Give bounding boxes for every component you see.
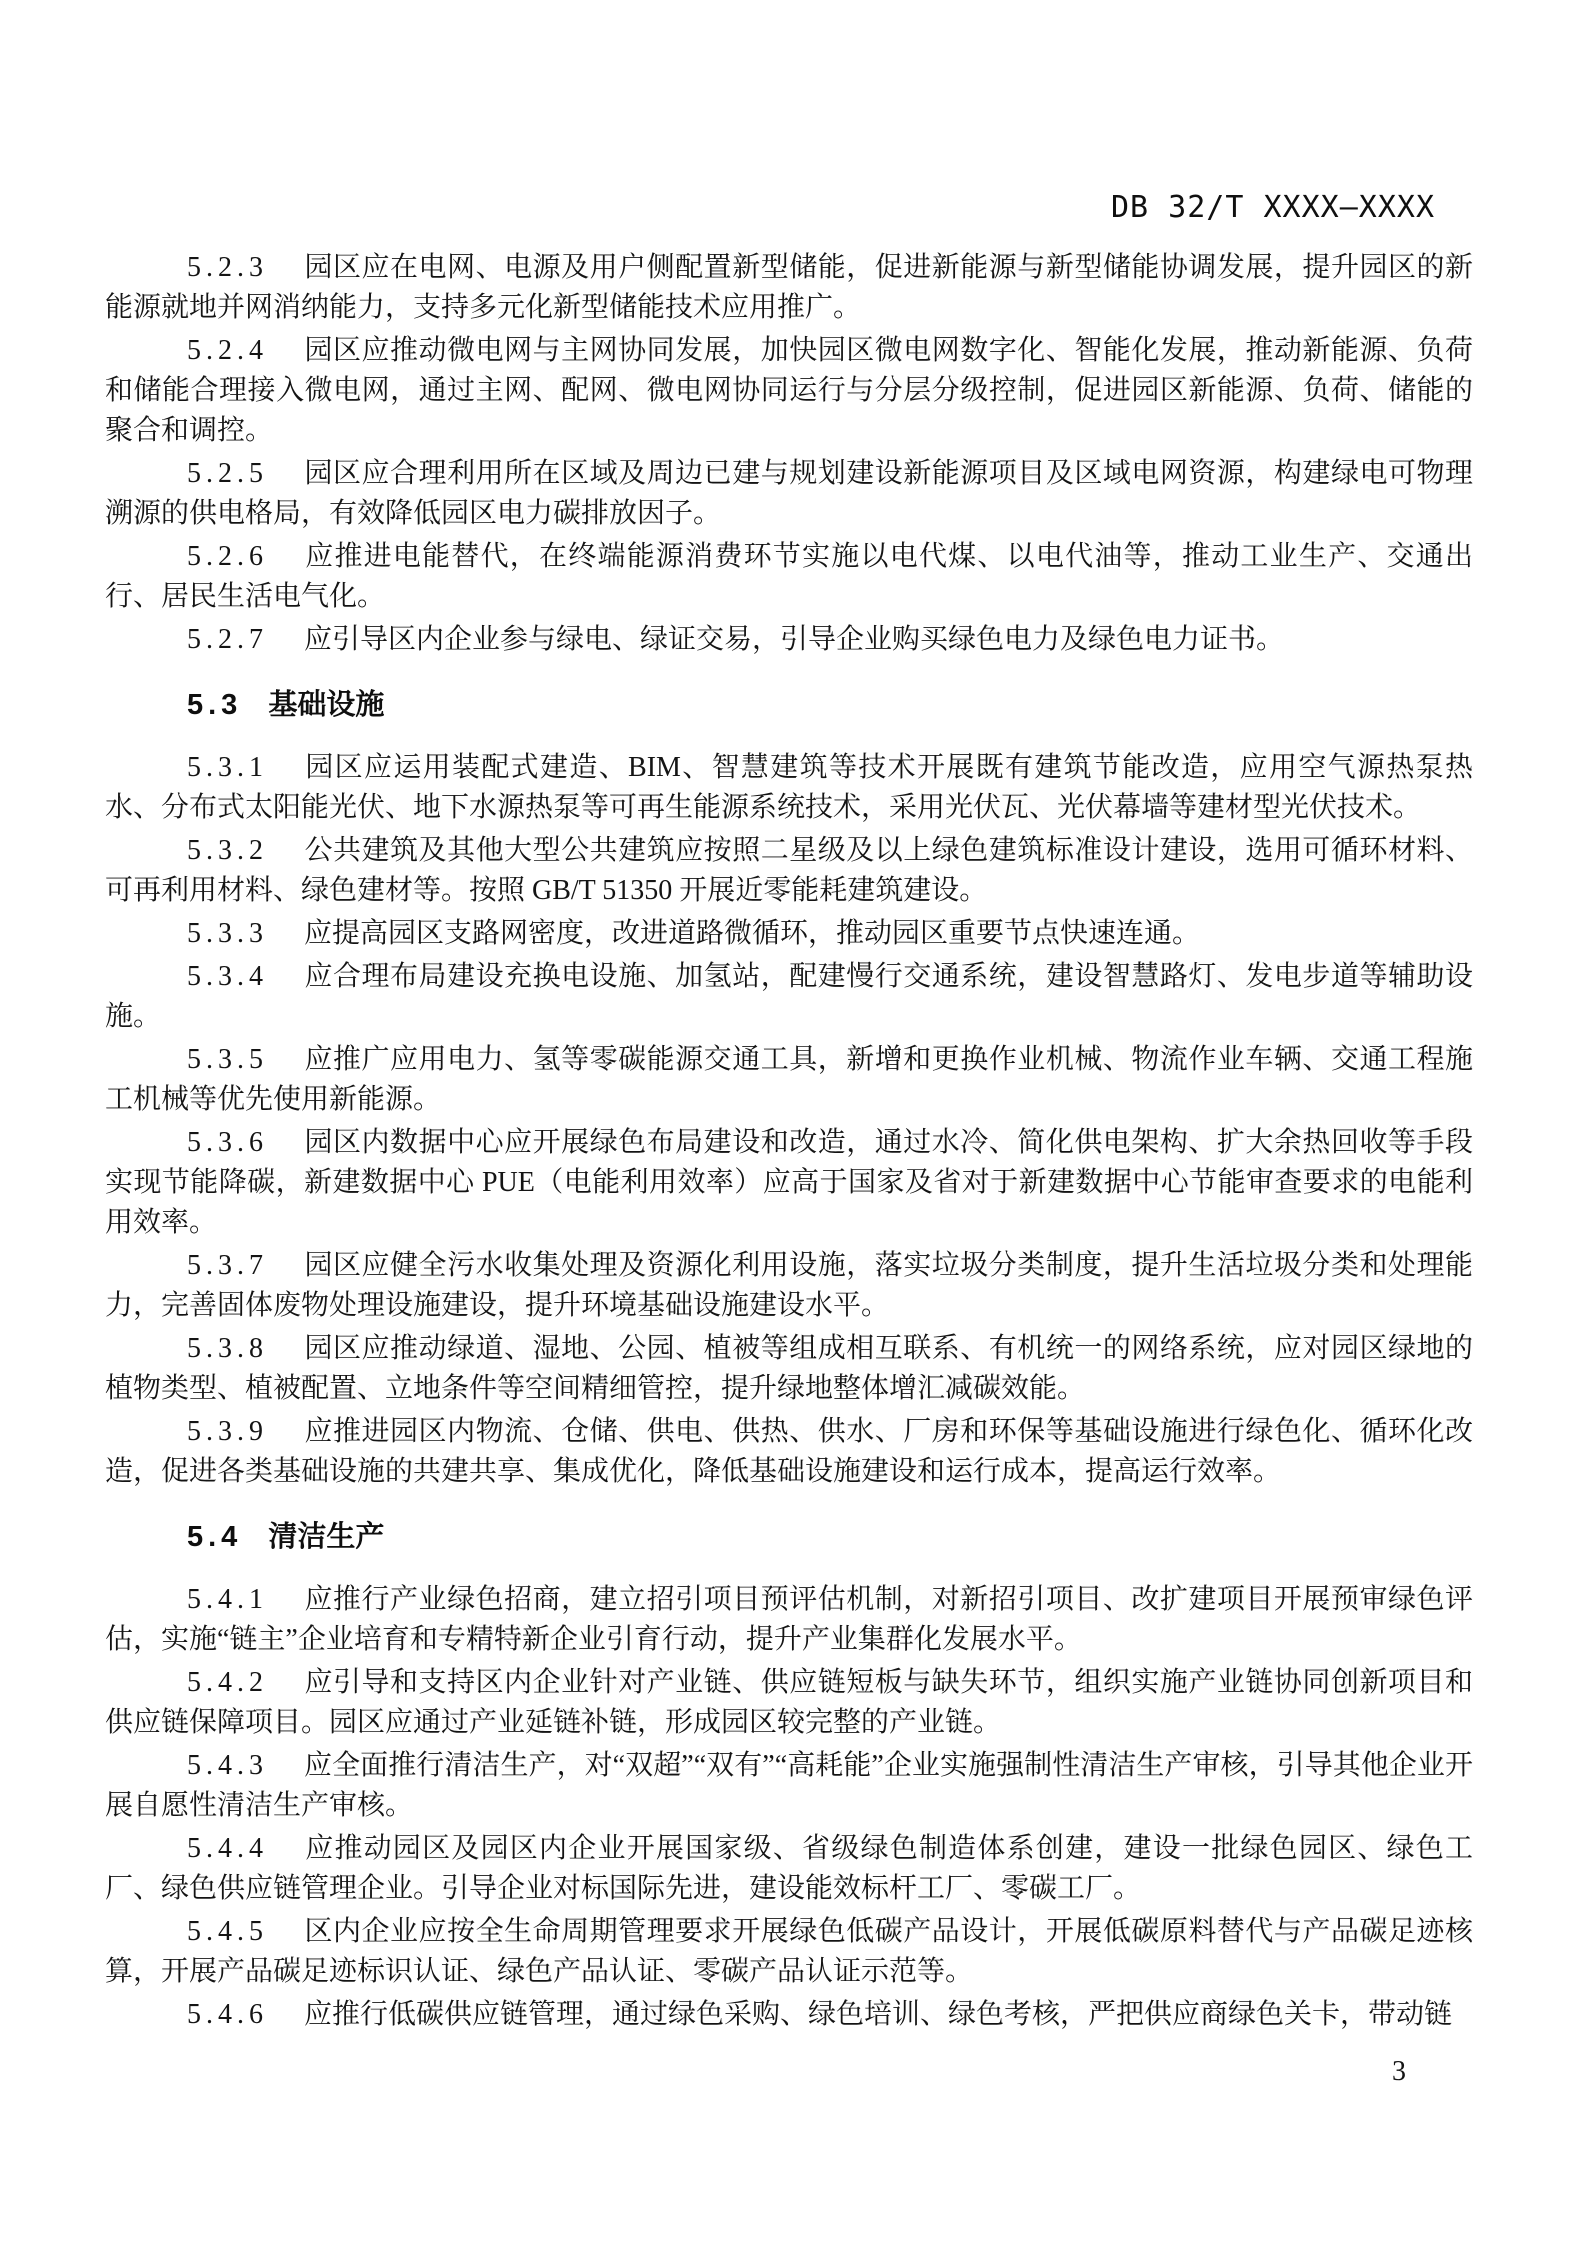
clause-5-4-1: 5.4.1应推行产业绿色招商，建立招引项目预评估机制，对新招引项目、改扩建项目开…: [105, 1580, 1473, 1660]
clause-number: 5.3.7: [187, 1250, 268, 1281]
clause-5-3-1: 5.3.1园区应运用装配式建造、BIM、智慧建筑等技术开展既有建筑节能改造，应用…: [105, 748, 1473, 828]
clause-number: 5.3.6: [187, 1127, 268, 1158]
clause-number: 5.3.5: [187, 1044, 268, 1075]
clause-number: 5.3.4: [187, 961, 268, 992]
clause-number: 5.2.4: [187, 335, 268, 366]
clause-text: 园区应合理利用所在区域及周边已建与规划建设新能源项目及区域电网资源，构建绿电可物…: [105, 458, 1473, 529]
clause-number: 5.4.6: [187, 1999, 268, 2030]
clause-text: 园区应推动微电网与主网协同发展，加快园区微电网数字化、智能化发展，推动新能源、负…: [105, 335, 1473, 446]
clause-number: 5.4.4: [187, 1833, 268, 1864]
section-heading-5-3: 5.3基础设施: [105, 684, 1473, 726]
clause-text: 应推进电能替代，在终端能源消费环节实施以电代煤、以电代油等，推动工业生产、交通出…: [105, 541, 1473, 612]
clause-number: 5.2.3: [187, 252, 268, 283]
clause-5-4-3: 5.4.3应全面推行清洁生产，对“双超”“双有”“高耗能”企业实施强制性清洁生产…: [105, 1746, 1473, 1826]
section-heading-5-4: 5.4清洁生产: [105, 1516, 1473, 1558]
section-title: 清洁生产: [268, 1521, 384, 1553]
clause-5-2-6: 5.2.6应推进电能替代，在终端能源消费环节实施以电代煤、以电代油等，推动工业生…: [105, 537, 1473, 617]
clause-5-4-6: 5.4.6应推行低碳供应链管理，通过绿色采购、绿色培训、绿色考核，严把供应商绿色…: [105, 1995, 1473, 2035]
clause-text: 应引导和支持区内企业针对产业链、供应链短板与缺失环节，组织实施产业链协同创新项目…: [105, 1667, 1473, 1738]
clause-text: 应推行低碳供应链管理，通过绿色采购、绿色培训、绿色考核，严把供应商绿色关卡，带动…: [304, 1999, 1452, 2030]
clause-number: 5.4.2: [187, 1667, 268, 1698]
clause-number: 5.4.3: [187, 1750, 268, 1781]
clause-5-3-5: 5.3.5应推广应用电力、氢等零碳能源交通工具，新增和更换作业机械、物流作业车辆…: [105, 1040, 1473, 1120]
clause-text: 应推进园区内物流、仓储、供电、供热、供水、厂房和环保等基础设施进行绿色化、循环化…: [105, 1416, 1473, 1487]
clause-5-3-7: 5.3.7园区应健全污水收集处理及资源化利用设施，落实垃圾分类制度，提升生活垃圾…: [105, 1246, 1473, 1326]
clause-number: 5.2.5: [187, 458, 268, 489]
section-title: 基础设施: [268, 689, 384, 721]
document-page: DB 32/T XXXX—XXXX 5.2.3园区应在电网、电源及用户侧配置新型…: [0, 0, 1587, 2245]
clause-text: 园区应在电网、电源及用户侧配置新型储能，促进新能源与新型储能协调发展，提升园区的…: [105, 252, 1473, 323]
clause-5-3-4: 5.3.4应合理布局建设充换电设施、加氢站，配建慢行交通系统，建设智慧路灯、发电…: [105, 957, 1473, 1037]
clause-text: 应合理布局建设充换电设施、加氢站，配建慢行交通系统，建设智慧路灯、发电步道等辅助…: [105, 961, 1473, 1032]
clause-text: 应推广应用电力、氢等零碳能源交通工具，新增和更换作业机械、物流作业车辆、交通工程…: [105, 1044, 1473, 1115]
clause-text: 应推行产业绿色招商，建立招引项目预评估机制，对新招引项目、改扩建项目开展预审绿色…: [105, 1584, 1473, 1655]
clause-5-4-2: 5.4.2应引导和支持区内企业针对产业链、供应链短板与缺失环节，组织实施产业链协…: [105, 1663, 1473, 1743]
clause-number: 5.3.3: [187, 918, 268, 949]
standard-number-header: DB 32/T XXXX—XXXX: [1111, 190, 1435, 225]
clause-number: 5.3.9: [187, 1416, 268, 1447]
section-number: 5.3: [187, 689, 242, 721]
clause-text: 应全面推行清洁生产，对“双超”“双有”“高耗能”企业实施强制性清洁生产审核，引导…: [105, 1750, 1473, 1821]
document-body: 5.2.3园区应在电网、电源及用户侧配置新型储能，促进新能源与新型储能协调发展，…: [105, 248, 1473, 2038]
clause-text: 园区应健全污水收集处理及资源化利用设施，落实垃圾分类制度，提升生活垃圾分类和处理…: [105, 1250, 1473, 1321]
clause-number: 5.2.7: [187, 624, 268, 655]
clause-5-3-3: 5.3.3应提高园区支路网密度，改进道路微循环，推动园区重要节点快速连通。: [105, 914, 1473, 954]
clause-text: 园区应运用装配式建造、BIM、智慧建筑等技术开展既有建筑节能改造，应用空气源热泵…: [105, 752, 1473, 823]
clause-number: 5.4.1: [187, 1584, 268, 1615]
clause-5-3-6: 5.3.6园区内数据中心应开展绿色布局建设和改造，通过水冷、简化供电架构、扩大余…: [105, 1123, 1473, 1243]
clause-number: 5.4.5: [187, 1916, 268, 1947]
clause-text: 应提高园区支路网密度，改进道路微循环，推动园区重要节点快速连通。: [304, 918, 1200, 949]
clause-5-2-7: 5.2.7应引导区内企业参与绿电、绿证交易，引导企业购买绿色电力及绿色电力证书。: [105, 620, 1473, 660]
clause-number: 5.2.6: [187, 541, 268, 572]
clause-number: 5.3.2: [187, 835, 268, 866]
clause-5-3-2: 5.3.2公共建筑及其他大型公共建筑应按照二星级及以上绿色建筑标准设计建设，选用…: [105, 831, 1473, 911]
clause-text: 区内企业应按全生命周期管理要求开展绿色低碳产品设计，开展低碳原料替代与产品碳足迹…: [105, 1916, 1473, 1987]
clause-5-3-9: 5.3.9应推进园区内物流、仓储、供电、供热、供水、厂房和环保等基础设施进行绿色…: [105, 1412, 1473, 1492]
clause-number: 5.3.1: [187, 752, 268, 783]
clause-number: 5.3.8: [187, 1333, 268, 1364]
section-number: 5.4: [187, 1521, 242, 1553]
page-number: 3: [1392, 2056, 1406, 2088]
clause-5-2-5: 5.2.5园区应合理利用所在区域及周边已建与规划建设新能源项目及区域电网资源，构…: [105, 454, 1473, 534]
clause-text: 园区内数据中心应开展绿色布局建设和改造，通过水冷、简化供电架构、扩大余热回收等手…: [105, 1127, 1473, 1238]
clause-5-2-3: 5.2.3园区应在电网、电源及用户侧配置新型储能，促进新能源与新型储能协调发展，…: [105, 248, 1473, 328]
clause-text: 应推动园区及园区内企业开展国家级、省级绿色制造体系创建，建设一批绿色园区、绿色工…: [105, 1833, 1473, 1904]
clause-5-4-5: 5.4.5区内企业应按全生命周期管理要求开展绿色低碳产品设计，开展低碳原料替代与…: [105, 1912, 1473, 1992]
clause-text: 园区应推动绿道、湿地、公园、植被等组成相互联系、有机统一的网络系统，应对园区绿地…: [105, 1333, 1473, 1404]
clause-5-3-8: 5.3.8园区应推动绿道、湿地、公园、植被等组成相互联系、有机统一的网络系统，应…: [105, 1329, 1473, 1409]
clause-5-4-4: 5.4.4应推动园区及园区内企业开展国家级、省级绿色制造体系创建，建设一批绿色园…: [105, 1829, 1473, 1909]
clause-text: 应引导区内企业参与绿电、绿证交易，引导企业购买绿色电力及绿色电力证书。: [304, 624, 1284, 655]
clause-text: 公共建筑及其他大型公共建筑应按照二星级及以上绿色建筑标准设计建设，选用可循环材料…: [105, 835, 1473, 906]
clause-5-2-4: 5.2.4园区应推动微电网与主网协同发展，加快园区微电网数字化、智能化发展，推动…: [105, 331, 1473, 451]
